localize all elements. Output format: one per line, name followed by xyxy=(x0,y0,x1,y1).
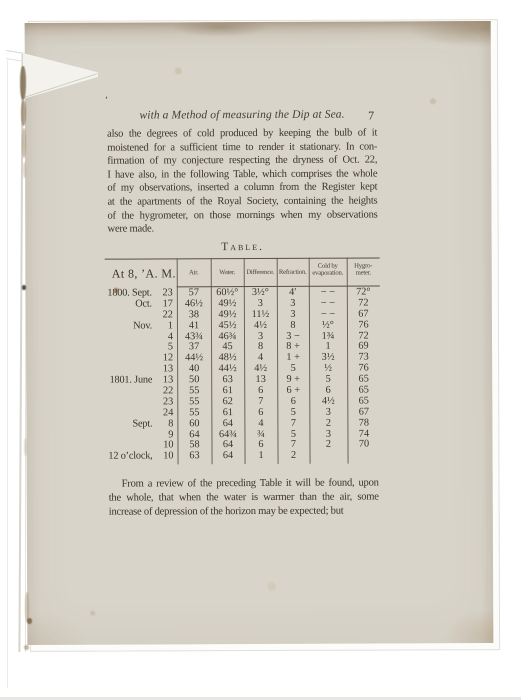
paragraph-line: firmation of my conjecture respecting th… xyxy=(107,154,377,169)
page-stack-edge xyxy=(7,60,8,688)
wear-stain xyxy=(27,618,32,624)
wear-stain xyxy=(21,100,26,126)
column-header-refraction: Refraction. xyxy=(277,270,309,277)
table-corner-header: At 8, ’A. M. xyxy=(112,266,176,281)
table-body: 1800. Sept.23 57 60½° 3½° 4′ − − 72° Oct… xyxy=(105,287,381,462)
wear-stain xyxy=(24,645,29,650)
cell-date: 4 xyxy=(105,332,177,343)
cell-difference: 4 xyxy=(244,419,277,430)
cell-air: 63 xyxy=(178,452,212,463)
page-number: 7 xyxy=(363,108,379,123)
cell-refraction: 7 xyxy=(277,418,309,429)
wear-stain xyxy=(20,66,26,100)
paragraph-line: also the degrees of cold produced by kee… xyxy=(107,126,377,141)
book-page: ’ with a Method of measuring the Dip at … xyxy=(25,21,494,645)
cell-date: Sept.8 xyxy=(105,419,177,430)
closing-paragraph: From a review of the preceding Table it … xyxy=(109,476,379,519)
column-header-cold-by-evaporation: Cold by evaporation. xyxy=(309,264,347,278)
column-header-hygrometer: Hygro- meter. xyxy=(347,263,380,277)
column-header-water: Water. xyxy=(211,270,244,277)
paragraph-line: at the apartments of the Royal Society, … xyxy=(107,194,377,209)
stray-ink-mark: ’ xyxy=(105,95,108,105)
cell-date: Nov.1 xyxy=(105,321,177,332)
cell-refraction: 2 xyxy=(278,451,310,462)
table-caption: Table. xyxy=(108,240,378,253)
cell-water: 64 xyxy=(211,419,244,430)
running-header: with a Method of measuring the Dip at Se… xyxy=(107,108,377,121)
column-header-difference: Difference. xyxy=(244,270,277,277)
cell-cold-by-evaporation xyxy=(310,451,348,462)
wear-stain xyxy=(23,162,26,178)
paragraph-line: the whole, that when the water is warmer… xyxy=(109,490,379,505)
wear-stain xyxy=(22,128,26,158)
cell-cold-by-evaporation: ½° xyxy=(309,320,347,331)
cell-cold-by-evaporation: 2 xyxy=(309,440,347,451)
paragraph-line: of my observations, inserted a column fr… xyxy=(107,181,377,196)
column-header-air: Air. xyxy=(177,270,211,277)
foxing-spot xyxy=(175,67,182,74)
cell-hygrometer: 70 xyxy=(347,440,380,451)
wear-stain xyxy=(24,438,27,456)
cell-hygrometer xyxy=(348,451,381,462)
paragraph-line: of the hygrometer, on those mornings whe… xyxy=(107,208,377,223)
cell-difference: 4½ xyxy=(244,321,277,332)
cell-air: 60 xyxy=(177,419,211,430)
cell-hygrometer: 76 xyxy=(347,320,380,331)
cell-refraction: 8 xyxy=(277,320,309,331)
cell-water: 45½ xyxy=(211,321,244,332)
table-top-rule xyxy=(105,257,380,259)
paragraph-line: I have also, in the following Table, whi… xyxy=(107,167,377,182)
cell-water: 64 xyxy=(212,451,245,462)
cell-hygrometer: 78 xyxy=(347,418,380,429)
cell-air: 41 xyxy=(177,321,211,332)
table-row: 12 o’clock,10 63 64 1 2 xyxy=(106,451,381,463)
paragraph-line: were made. xyxy=(108,222,378,237)
wear-stain xyxy=(22,285,26,290)
foxing-spot xyxy=(430,98,436,104)
paragraph-line: increase of depression of the horizon ma… xyxy=(109,504,379,519)
cell-difference: 1 xyxy=(245,451,278,462)
foxing-spot xyxy=(90,611,95,616)
book-photo: ’ with a Method of measuring the Dip at … xyxy=(0,0,521,700)
cell-cold-by-evaporation: 2 xyxy=(309,418,347,429)
paragraph-line: moistened for a sufficient time to rende… xyxy=(107,140,377,155)
cell-date: 12 o’clock,10 xyxy=(106,452,178,463)
body-paragraph: also the degrees of cold produced by kee… xyxy=(107,126,377,236)
foxing-spot xyxy=(267,582,276,591)
paragraph-line: From a review of the preceding Table it … xyxy=(109,476,379,491)
